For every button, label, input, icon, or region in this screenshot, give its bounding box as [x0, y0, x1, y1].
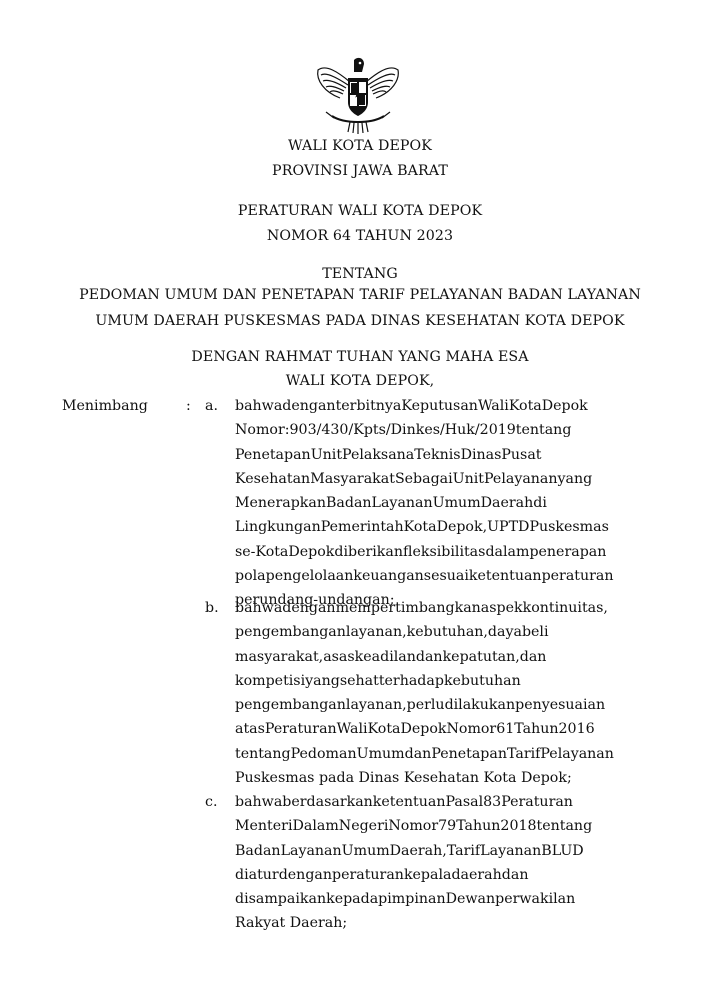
item-c-line: Rakyat Daerah; — [235, 911, 615, 935]
considerations-label: Menimbang — [62, 398, 148, 414]
item-b-line: bahwadenganmempertimbangkanaspekkontinui… — [235, 596, 615, 620]
item-b-line: atasPeraturanWaliKotaDepokNomor61Tahun20… — [235, 717, 615, 741]
item-a-line: PenetapanUnitPelaksanaTeknisDinasPusat — [235, 443, 615, 467]
invocation-heading: DENGAN RAHMAT TUHAN YANG MAHA ESA — [0, 349, 720, 365]
item-b-line: pengembanganlayanan,kebutuhan,dayabeli — [235, 620, 615, 644]
item-a-line: se-KotaDepokdiberikanfleksibilitasdalamp… — [235, 540, 615, 564]
item-c-line: BadanLayananUmumDaerah,TarifLayananBLUD — [235, 839, 615, 863]
item-b-line: kompetisiyangsehatterhadapkebutuhan — [235, 669, 615, 693]
item-b-line: masyarakat,asaskeadilandankepatutan,dan — [235, 645, 615, 669]
item-a-line: bahwadenganterbitnyaKeputusanWaliKotaDep… — [235, 394, 615, 418]
title-line-2: UMUM DAERAH PUSKESMAS PADA DINAS KESEHAT… — [0, 313, 720, 329]
item-marker-b: b. — [205, 600, 219, 616]
item-c-line: bahwaberdasarkanketentuanPasal83Peratura… — [235, 790, 615, 814]
province-heading: PROVINSI JAWA BARAT — [0, 163, 720, 179]
regulation-number-heading: NOMOR 64 TAHUN 2023 — [0, 228, 720, 244]
title-line-1: PEDOMAN UMUM DAN PENETAPAN TARIF PELAYAN… — [0, 287, 720, 303]
item-a-line: KesehatanMasyarakatSebagaiUnitPelayanany… — [235, 467, 615, 491]
about-label: TENTANG — [0, 266, 720, 282]
garuda-emblem-icon — [310, 52, 406, 136]
item-a-line: Nomor:903/430/Kpts/Dinkes/Huk/2019tentan… — [235, 418, 615, 442]
item-a-line: MenerapkanBadanLayananUmumDaerahdi — [235, 491, 615, 515]
consideration-item-c: bahwaberdasarkanketentuanPasal83Peratura… — [235, 790, 615, 936]
item-b-line: Puskesmas pada Dinas Kesehatan Kota Depo… — [235, 766, 615, 790]
item-c-line: disampaikankepadapimpinanDewanperwakilan — [235, 887, 615, 911]
item-a-line: polapengelolaankeuangansesuaiketentuanpe… — [235, 564, 615, 588]
considerations-separator: : — [186, 398, 191, 414]
signatory-heading: WALI KOTA DEPOK, — [0, 373, 720, 389]
item-b-line: pengembanganlayanan,perludilakukanpenyes… — [235, 693, 615, 717]
item-c-line: diaturdenganperaturankepaladaerahdan — [235, 863, 615, 887]
item-b-line: tentangPedomanUmumdanPenetapanTarifPelay… — [235, 742, 615, 766]
consideration-item-b: bahwadenganmempertimbangkanaspekkontinui… — [235, 596, 615, 790]
authority-heading: WALI KOTA DEPOK — [0, 138, 720, 154]
item-c-line: MenteriDalamNegeriNomor79Tahun2018tentan… — [235, 814, 615, 838]
item-marker-a: a. — [205, 398, 218, 414]
regulation-type-heading: PERATURAN WALI KOTA DEPOK — [0, 203, 720, 219]
item-marker-c: c. — [205, 794, 217, 810]
consideration-item-a: bahwadenganterbitnyaKeputusanWaliKotaDep… — [235, 394, 615, 613]
item-a-line: LingkunganPemerintahKotaDepok,UPTDPuskes… — [235, 515, 615, 539]
